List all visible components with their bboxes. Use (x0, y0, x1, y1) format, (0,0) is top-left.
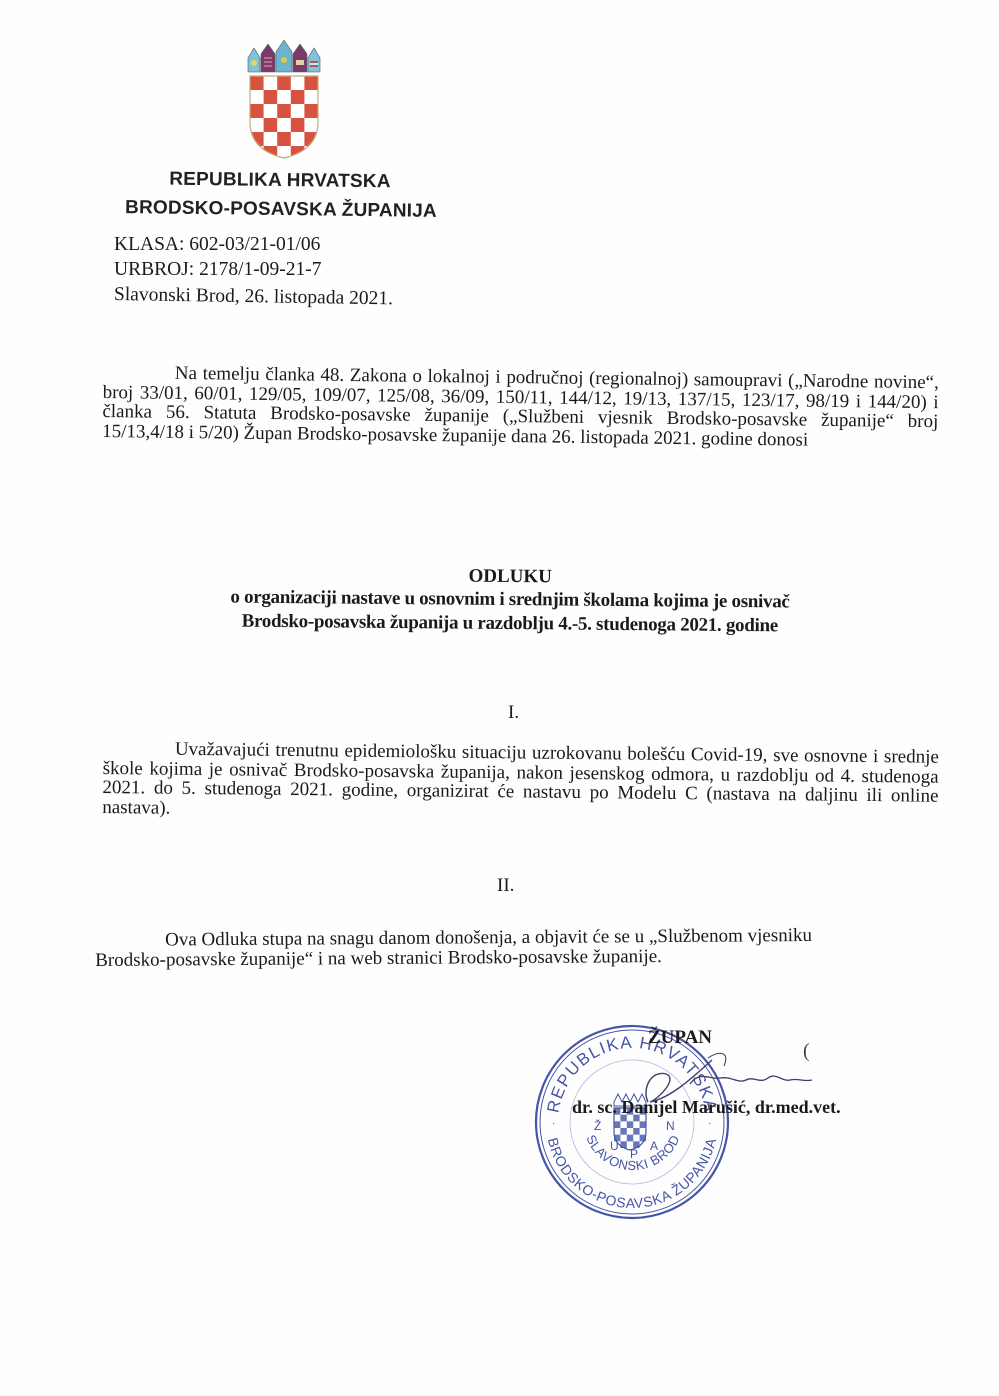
decision-title-block: ODLUKU o organizaciji nastave u osnovnim… (160, 563, 861, 639)
klasa-reference: KLASA: 602-03/21-01/06 (114, 234, 320, 256)
decision-subtitle-line-2: Brodsko-posavska županija u razdoblju 4.… (160, 609, 860, 639)
article-2-text-line-2: Brodsko-posavske županije“ i na web stra… (95, 945, 935, 970)
svg-text:P: P (630, 1147, 638, 1161)
svg-text:Ž: Ž (594, 1118, 601, 1133)
intro-paragraph: Na temelju članka 48. Zakona o lokalnoj … (102, 363, 939, 451)
article-2-paragraph: Ova Odluka stupa na snagu danom donošenj… (95, 925, 935, 970)
article-2-number: II. (497, 875, 514, 897)
svg-text:·: · (552, 1118, 555, 1129)
intro-text: Na temelju članka 48. Zakona o lokalnoj … (102, 363, 939, 451)
org-name-republic: REPUBLIKA HRVATSKA (150, 168, 410, 193)
urbroj-reference: URBROJ: 2178/1-09-21-7 (114, 259, 321, 281)
document-page: REPUBLIKA HRVATSKA BRODSKO-POSAVSKA ŽUPA… (0, 0, 999, 1396)
svg-text:A: A (650, 1139, 658, 1153)
handwritten-signature-icon (620, 1040, 830, 1120)
article-1-paragraph: Uvažavajući trenutnu epidemiološku situa… (102, 739, 939, 826)
article-1-text: Uvažavajući trenutnu epidemiološku situa… (102, 739, 939, 826)
svg-text:N: N (666, 1119, 675, 1133)
article-1-number: I. (508, 702, 519, 724)
svg-text:U: U (610, 1139, 619, 1153)
croatian-coat-of-arms-icon (246, 34, 322, 160)
place-and-date: Slavonski Brod, 26. listopada 2021. (114, 284, 393, 310)
org-name-county: BRODSKO-POSAVSKA ŽUPANIJA (100, 197, 462, 223)
